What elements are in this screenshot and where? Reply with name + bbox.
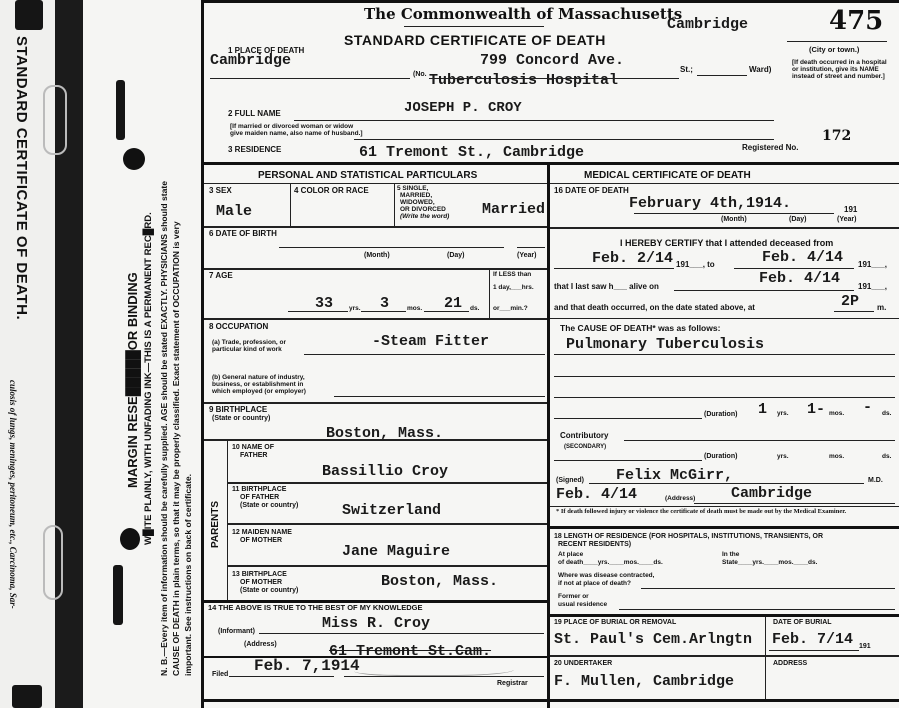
medical-examiner-footnote: * If death followed injury or violence t…: [556, 509, 894, 516]
ward-underline: [697, 75, 747, 76]
contributory-mos-label: mos.: [829, 454, 844, 461]
dob-month-label: (Month): [364, 252, 390, 259]
duration-yrs: 1: [758, 401, 767, 418]
maiden-underline: [354, 139, 774, 140]
father-birthplace-label-1: 11 BIRTHPLACE: [232, 486, 286, 493]
physician-address: Cambridge: [731, 485, 812, 502]
row-line-dod: [550, 227, 899, 229]
father-name-label-1: 10 NAME OF: [232, 444, 274, 451]
full-name-underline: [294, 120, 774, 121]
occupation-underline: [304, 354, 545, 355]
last-seen-value: Feb. 4/14: [759, 270, 840, 287]
physician-address-underline: [694, 503, 895, 504]
form-top-border: [204, 0, 899, 3]
registrar-label: Registrar: [497, 680, 528, 687]
row-line-father: [227, 482, 547, 484]
age-days-underline: [424, 311, 469, 312]
cause-underline-3: [554, 397, 895, 398]
informant-value: Miss R. Croy: [322, 615, 430, 632]
dod-day-label: (Day): [789, 216, 807, 223]
father-name-label-2: FATHER: [240, 452, 267, 459]
attended-to: Feb. 4/14: [762, 249, 843, 266]
row-line-birthplace: [204, 439, 547, 441]
age-label: 7 AGE: [209, 272, 233, 280]
last-seen-underline: [674, 290, 854, 291]
father-birthplace-label-2: OF FATHER: [240, 494, 279, 501]
binding-spine: [55, 0, 83, 708]
marital-status-value: Married: [482, 201, 545, 218]
duration-yrs-label: yrs.: [777, 411, 789, 418]
commonwealth-heading: The Commonwealth of Massachusetts: [364, 5, 682, 23]
form-bottom-border-left: [204, 699, 547, 702]
contracted-underline: [641, 588, 895, 589]
undertaker-address-label: ADDRESS: [773, 660, 807, 667]
burial-place-label: 19 PLACE OF BURIAL OR REMOVAL: [554, 619, 676, 626]
at-place-label-1: At place: [558, 552, 583, 559]
ward-label: Ward): [749, 66, 771, 74]
write-plainly-note: W█ITE PLAINLY, WITH UNFADING INK—THIS IS…: [143, 212, 154, 545]
mother-birthplace-label-1: 13 BIRTHPLACE: [232, 571, 287, 578]
less-than-label-3: or___min.?: [493, 306, 528, 313]
date-of-death-value: February 4th,1914.: [629, 195, 791, 212]
full-name-value: JOSEPH P. CROY: [404, 100, 522, 116]
filed-label: Filed: [212, 671, 228, 678]
registrar-signature: [354, 660, 514, 676]
attended-to-underline: [734, 268, 854, 269]
at-place-label-2: of death____yrs.____mos.____ds.: [558, 560, 663, 567]
residence-length-heading-2: RECENT RESIDENTS): [558, 541, 631, 548]
cause-underline-1: [554, 354, 895, 355]
registered-no-value: 172: [822, 128, 851, 144]
informant-underline: [259, 633, 544, 634]
occupation-a-label-2: particular kind of work: [212, 347, 282, 354]
physician-address-label: (Address): [665, 496, 695, 503]
burial-date-value: Feb. 7/14: [772, 631, 853, 648]
place-of-death-address: 799 Concord Ave.: [480, 52, 624, 69]
birthplace-label-2: (State or country): [212, 415, 270, 422]
row-line-father-bp: [227, 523, 547, 525]
redaction-mark-bottom: [113, 565, 123, 625]
mother-birthplace-label-3: (State or country): [240, 587, 298, 594]
dob-day-label: (Day): [447, 252, 465, 259]
cause-underline-2: [554, 376, 895, 377]
mother-name-value: Jane Maguire: [342, 543, 450, 560]
burial-date-underline: [769, 650, 859, 651]
hospital-instruction: [If death occurred in a hospital or inst…: [792, 60, 887, 80]
attended-from-underline: [554, 268, 674, 269]
dob-year-underline: [517, 247, 545, 248]
redaction-mark-top: [116, 80, 125, 140]
md-label: M.D.: [868, 477, 883, 484]
age-months: 3: [380, 295, 389, 312]
cause-label: The CAUSE OF DEATH* was as follows:: [560, 324, 720, 333]
last-seen-label: that I last saw h___ alive on: [554, 283, 659, 291]
residence-label: 3 RESIDENCE: [228, 146, 281, 154]
occupation-value: -Steam Fitter: [372, 333, 489, 350]
bottom-black-tab: [12, 685, 42, 708]
death-certificate-form: The Commonwealth of Massachusetts STANDA…: [204, 0, 899, 708]
duration-mos: 1-: [807, 401, 825, 418]
date-of-death-label: 16 DATE OF DEATH: [554, 187, 629, 195]
signed-label: (Signed): [556, 477, 584, 484]
residence-value: 61 Tremont St., Cambridge: [359, 144, 584, 161]
secondary-label: (SECONDARY): [564, 444, 606, 450]
nb-line-3: important. See instructions on back of c…: [183, 474, 193, 676]
color-race-label: 4 COLOR OR RACE: [294, 187, 369, 195]
dod-month-label: (Month): [721, 216, 747, 223]
row-line-dob: [204, 268, 547, 270]
father-name-value: Bassillio Croy: [322, 463, 448, 480]
binding-clip-bottom: [43, 525, 63, 600]
form-bottom-border-right: [550, 699, 899, 702]
row-line-signed: [550, 506, 899, 507]
occupation-label: 8 OCCUPATION: [209, 323, 268, 331]
sex-value: Male: [216, 203, 252, 220]
age-months-underline: [361, 311, 406, 312]
death-time-underline: [834, 311, 874, 312]
ink-blot-top: [123, 148, 145, 170]
sex-color-divider: [290, 183, 291, 226]
nb-line-2: CAUSE OF DEATH in plain terms, so that i…: [171, 221, 181, 676]
st-label: St.;: [680, 66, 693, 74]
full-name-label: 2 FULL NAME: [228, 110, 281, 118]
spine-note: culosis of lungs, meninges, peritoneum, …: [8, 380, 18, 609]
row-line-certify: [550, 318, 899, 319]
duration-ds-label: ds.: [882, 411, 891, 418]
margin-instructions: MARGIN RESE█████OR BINDING W█ITE PLAINLY…: [83, 0, 201, 708]
contributory-yrs-label: yrs.: [777, 454, 789, 461]
former-residence-label-2: usual residence: [558, 602, 607, 609]
age-years: 33: [315, 295, 333, 312]
color-marital-divider: [394, 183, 395, 226]
parents-divider: [227, 441, 228, 601]
maiden-note-2: give maiden name, also name of husband.]: [230, 131, 363, 138]
age-less-divider: [489, 268, 490, 318]
binding-clip-top: [43, 85, 67, 155]
spine-title: STANDARD CERTIFICATE OF DEATH.: [13, 36, 30, 320]
row-line-burial: [550, 655, 899, 657]
attended-from: Feb. 2/14: [592, 250, 673, 267]
mother-birthplace-value: Boston, Mass.: [381, 573, 498, 590]
medical-heading-line: [550, 183, 899, 184]
less-than-label-2: 1 day,___hrs.: [493, 285, 534, 292]
duration-label: (Duration): [704, 411, 737, 418]
dod-191: 191: [844, 206, 857, 214]
occupation-b-label-3: which employed (or employer): [212, 389, 306, 396]
informant-heading: 14 THE ABOVE IS TRUE TO THE BEST OF MY K…: [208, 604, 422, 612]
contracted-label-2: if not at place of death?: [558, 581, 631, 588]
ink-blot-bottom: [120, 528, 140, 550]
institution-underline: [429, 78, 679, 79]
parents-side-label: PARENTS: [210, 501, 221, 548]
burial-divider: [765, 617, 766, 702]
mother-birthplace-label-2: OF MOTHER: [240, 579, 282, 586]
death-time-value: 2P: [841, 293, 859, 310]
informant-address-label: (Address): [244, 641, 277, 648]
institution-name: Tuberculosis Hospital: [429, 72, 618, 89]
contributory-duration-underline: [554, 460, 702, 461]
physician-underline: [589, 483, 864, 484]
personal-heading-line: [204, 183, 547, 184]
binding-note: MARGIN RESE█████OR BINDING: [125, 272, 140, 488]
dod-year-label: (Year): [837, 216, 856, 223]
former-residence-label-1: Former or: [558, 594, 589, 601]
occupation-b-underline: [334, 396, 545, 397]
mother-name-label-1: 12 MAIDEN NAME: [232, 529, 292, 536]
no-label: (No.: [413, 71, 427, 78]
mother-name-label-2: OF MOTHER: [240, 537, 282, 544]
contributory-duration-label: (Duration): [704, 453, 737, 460]
contributory-underline: [624, 440, 895, 441]
residence-length-heading-1: 18 LENGTH OF RESIDENCE (FOR HOSPITALS, I…: [554, 533, 823, 540]
center-divider: [547, 162, 550, 708]
ds-label: ds.: [470, 306, 479, 313]
age-days: 21: [444, 295, 462, 312]
dob-underline: [279, 247, 504, 248]
row-line-footnote: [550, 526, 899, 529]
in-state-label-2: State____yrs.____mos.____ds.: [722, 560, 817, 567]
top-black-tab: [15, 0, 43, 30]
burial-date-191: 191: [859, 643, 871, 650]
registered-no-label: Registered No.: [742, 144, 798, 152]
physician-name: Felix McGirr,: [616, 467, 733, 484]
marital-label-5: (Write the word): [400, 214, 449, 221]
contributory-ds-label: ds.: [882, 454, 891, 461]
cause-value: Pulmonary Tuberculosis: [566, 336, 764, 353]
section-divider: [204, 162, 899, 165]
heading-underline: [404, 26, 544, 27]
nb-line-1: N. B.—Every item of information should b…: [159, 181, 169, 676]
attended-to-year: 191___,: [858, 261, 887, 269]
mos-label: mos.: [407, 306, 422, 313]
medical-heading: MEDICAL CERTIFICATE OF DEATH: [584, 170, 751, 181]
duration-ds: -: [863, 399, 872, 416]
burial-date-label: DATE OF BURIAL: [773, 619, 832, 626]
row-line-occupation: [204, 402, 547, 404]
dod-underline: [634, 213, 834, 214]
duration-underline: [554, 418, 702, 419]
filed-date: Feb. 7,1914: [254, 657, 360, 675]
place-of-death-town: Cambridge: [210, 52, 291, 69]
father-birthplace-value: Switzerland: [342, 502, 441, 519]
certificate-number: 475: [829, 6, 883, 36]
dob-year-label: (Year): [517, 252, 536, 259]
duration-mos-label: mos.: [829, 411, 844, 418]
contributory-label: Contributory: [560, 432, 608, 440]
former-residence-underline: [619, 609, 895, 610]
informant-label: (Informant): [218, 628, 255, 635]
burial-place-value: St. Paul's Cem.Arlngtn: [554, 631, 752, 648]
death-time-label: and that death occurred, on the date sta…: [554, 304, 755, 312]
yrs-label: yrs.: [349, 306, 361, 313]
in-state-label-1: In the: [722, 552, 739, 559]
row-line-residence-length: [550, 614, 899, 617]
birthplace-label-1: 9 BIRTHPLACE: [209, 406, 267, 414]
less-than-label-1: If LESS than: [493, 272, 531, 279]
certify-text: I HEREBY CERTIFY that I attended decease…: [620, 239, 833, 248]
dob-label: 6 DATE OF BIRTH: [209, 230, 277, 238]
attended-to-label: 191___, to: [676, 261, 715, 269]
contracted-label-1: Where was disease contracted,: [558, 573, 654, 580]
age-years-underline: [288, 311, 348, 312]
father-birthplace-label-3: (State or country): [240, 502, 298, 509]
registrar-underline: [344, 676, 544, 677]
personal-heading: PERSONAL AND STATISTICAL PARTICULARS: [258, 170, 477, 181]
undertaker-label: 20 UNDERTAKER: [554, 660, 612, 667]
city-underline: [787, 41, 887, 42]
sex-label: 3 SEX: [209, 187, 232, 195]
city-town-label: (City or town.): [809, 46, 859, 54]
m-label: m.: [877, 304, 886, 312]
row-line-mother: [227, 565, 547, 567]
signed-date: Feb. 4/14: [556, 486, 637, 503]
certificate-title: STANDARD CERTIFICATE OF DEATH: [344, 32, 606, 48]
filed-underline: [229, 676, 334, 677]
header-city: Cambridge: [667, 16, 748, 33]
place-town-underline: [210, 78, 410, 79]
row-line-age: [204, 318, 547, 320]
row-line-sex: [204, 226, 547, 228]
last-seen-year: 191___,: [858, 283, 887, 291]
